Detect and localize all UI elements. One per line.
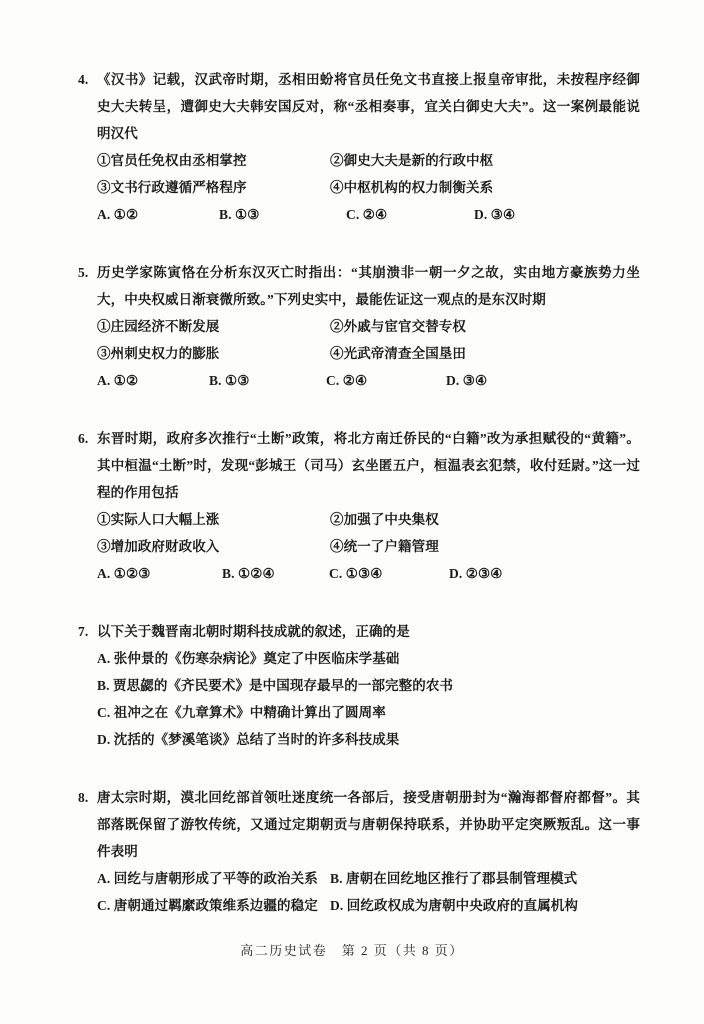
sub-options: ①实际人口大幅上涨 ②加强了中央集权 ③增加政府财政收入 ④统一了户籍管理 (97, 506, 640, 560)
sub-option-3: ③文书行政遵循严格程序 (97, 174, 330, 201)
answer-choices: A. ①② B. ①③ C. ②④ D. ③④ (97, 367, 640, 394)
sub-option-1: ①庄园经济不断发展 (97, 313, 330, 340)
sub-option-4: ④中枢机构的权力制衡关系 (330, 174, 640, 201)
choice-b: B. ①③ (209, 367, 326, 394)
choice-c: C. 祖冲之在《九章算术》中精确计算出了圆周率 (97, 699, 640, 726)
sub-option-2: ②外戚与宦官交替专权 (330, 313, 640, 340)
question-stem: 以下关于魏晋南北朝时期科技成就的叙述，正确的是 (97, 618, 640, 645)
question-stem: 历史学家陈寅恪在分析东汉灭亡时指出：“其崩溃非一朝一夕之故，实由地方豪族势力坐大… (97, 259, 640, 313)
sub-option-1: ①官员任免权由丞相掌控 (97, 147, 330, 174)
question-stem: 东晋时期，政府多次推行“土断”政策，将北方南迁侨民的“白籍”改为承担赋役的“黄籍… (97, 425, 640, 506)
choice-a: A. 张仲景的《伤寒杂病论》奠定了中医临床学基础 (97, 645, 640, 672)
question-body: 《汉书》记载，汉武帝时期，丞相田蚡将官员任免文书直接上报皇帝审批，未按程序经御史… (97, 66, 640, 228)
question-number: 7. (78, 618, 97, 645)
question-body: 历史学家陈寅恪在分析东汉灭亡时指出：“其崩溃非一朝一夕之故，实由地方豪族势力坐大… (97, 259, 640, 394)
answer-choices: A. 回纥与唐朝形成了平等的政治关系 B. 唐朝在回纥地区推行了郡县制管理模式 … (97, 865, 640, 919)
question-stem: 唐太宗时期，漠北回纥部首领吐迷度统一各部后，接受唐朝册封为“瀚海都督府都督”。其… (97, 784, 640, 865)
question-number: 8. (78, 784, 97, 811)
question-6: 6. 东晋时期，政府多次推行“土断”政策，将北方南迁侨民的“白籍”改为承担赋役的… (78, 425, 640, 587)
page-footer: 高二历史试卷 第 2 页（共 8 页） (0, 941, 704, 961)
question-stem: 《汉书》记载，汉武帝时期，丞相田蚡将官员任免文书直接上报皇帝审批，未按程序经御史… (97, 66, 640, 147)
choice-c: C. 唐朝通过羁縻政策维系边疆的稳定 (97, 892, 330, 919)
question-5: 5. 历史学家陈寅恪在分析东汉灭亡时指出：“其崩溃非一朝一夕之故，实由地方豪族势… (78, 259, 640, 394)
choice-c: C. ②④ (326, 367, 446, 394)
sub-options: ①庄园经济不断发展 ②外戚与宦官交替专权 ③州刺史权力的膨胀 ④光武帝清查全国垦… (97, 313, 640, 367)
question-body: 以下关于魏晋南北朝时期科技成就的叙述，正确的是 A. 张仲景的《伤寒杂病论》奠定… (97, 618, 640, 753)
answer-choices: A. ①②③ B. ①②④ C. ①③④ D. ②③④ (97, 560, 640, 587)
choice-b: B. 贾思勰的《齐民要术》是中国现存最早的一部完整的农书 (97, 672, 640, 699)
choice-a: A. ①② (97, 367, 209, 394)
choice-d: D. ③④ (474, 201, 640, 228)
exam-page: 4. 《汉书》记载，汉武帝时期，丞相田蚡将官员任免文书直接上报皇帝审批，未按程序… (0, 0, 704, 1024)
sub-option-4: ④统一了户籍管理 (330, 533, 640, 560)
sub-option-2: ②御史大夫是新的行政中枢 (330, 147, 640, 174)
sub-option-3: ③增加政府财政收入 (97, 533, 330, 560)
question-number: 5. (78, 259, 97, 286)
choice-d: D. 沈括的《梦溪笔谈》总结了当时的许多科技成果 (97, 726, 640, 753)
answer-choices: A. ①② B. ①③ C. ②④ D. ③④ (97, 201, 640, 228)
choice-a: A. ①②③ (97, 560, 222, 587)
answer-choices: A. 张仲景的《伤寒杂病论》奠定了中医临床学基础 B. 贾思勰的《齐民要术》是中… (97, 645, 640, 753)
choice-b: B. ①③ (219, 201, 346, 228)
choice-d: D. 回纥政权成为唐朝中央政府的直属机构 (330, 892, 640, 919)
question-8: 8. 唐太宗时期，漠北回纥部首领吐迷度统一各部后，接受唐朝册封为“瀚海都督府都督… (78, 784, 640, 919)
question-body: 东晋时期，政府多次推行“土断”政策，将北方南迁侨民的“白籍”改为承担赋役的“黄籍… (97, 425, 640, 587)
choice-d: D. ②③④ (449, 560, 640, 587)
choice-b: B. 唐朝在回纥地区推行了郡县制管理模式 (330, 865, 640, 892)
sub-option-2: ②加强了中央集权 (330, 506, 640, 533)
question-4: 4. 《汉书》记载，汉武帝时期，丞相田蚡将官员任免文书直接上报皇帝审批，未按程序… (78, 66, 640, 228)
choice-d: D. ③④ (446, 367, 640, 394)
sub-option-4: ④光武帝清查全国垦田 (330, 340, 640, 367)
sub-options: ①官员任免权由丞相掌控 ②御史大夫是新的行政中枢 ③文书行政遵循严格程序 ④中枢… (97, 147, 640, 201)
sub-option-3: ③州刺史权力的膨胀 (97, 340, 330, 367)
question-7: 7. 以下关于魏晋南北朝时期科技成就的叙述，正确的是 A. 张仲景的《伤寒杂病论… (78, 618, 640, 753)
choice-a: A. ①② (97, 201, 219, 228)
sub-option-1: ①实际人口大幅上涨 (97, 506, 330, 533)
question-number: 4. (78, 66, 97, 93)
choice-c: C. ②④ (346, 201, 474, 228)
question-body: 唐太宗时期，漠北回纥部首领吐迷度统一各部后，接受唐朝册封为“瀚海都督府都督”。其… (97, 784, 640, 919)
choice-c: C. ①③④ (329, 560, 449, 587)
choice-a: A. 回纥与唐朝形成了平等的政治关系 (97, 865, 330, 892)
choice-b: B. ①②④ (222, 560, 329, 587)
question-number: 6. (78, 425, 97, 452)
